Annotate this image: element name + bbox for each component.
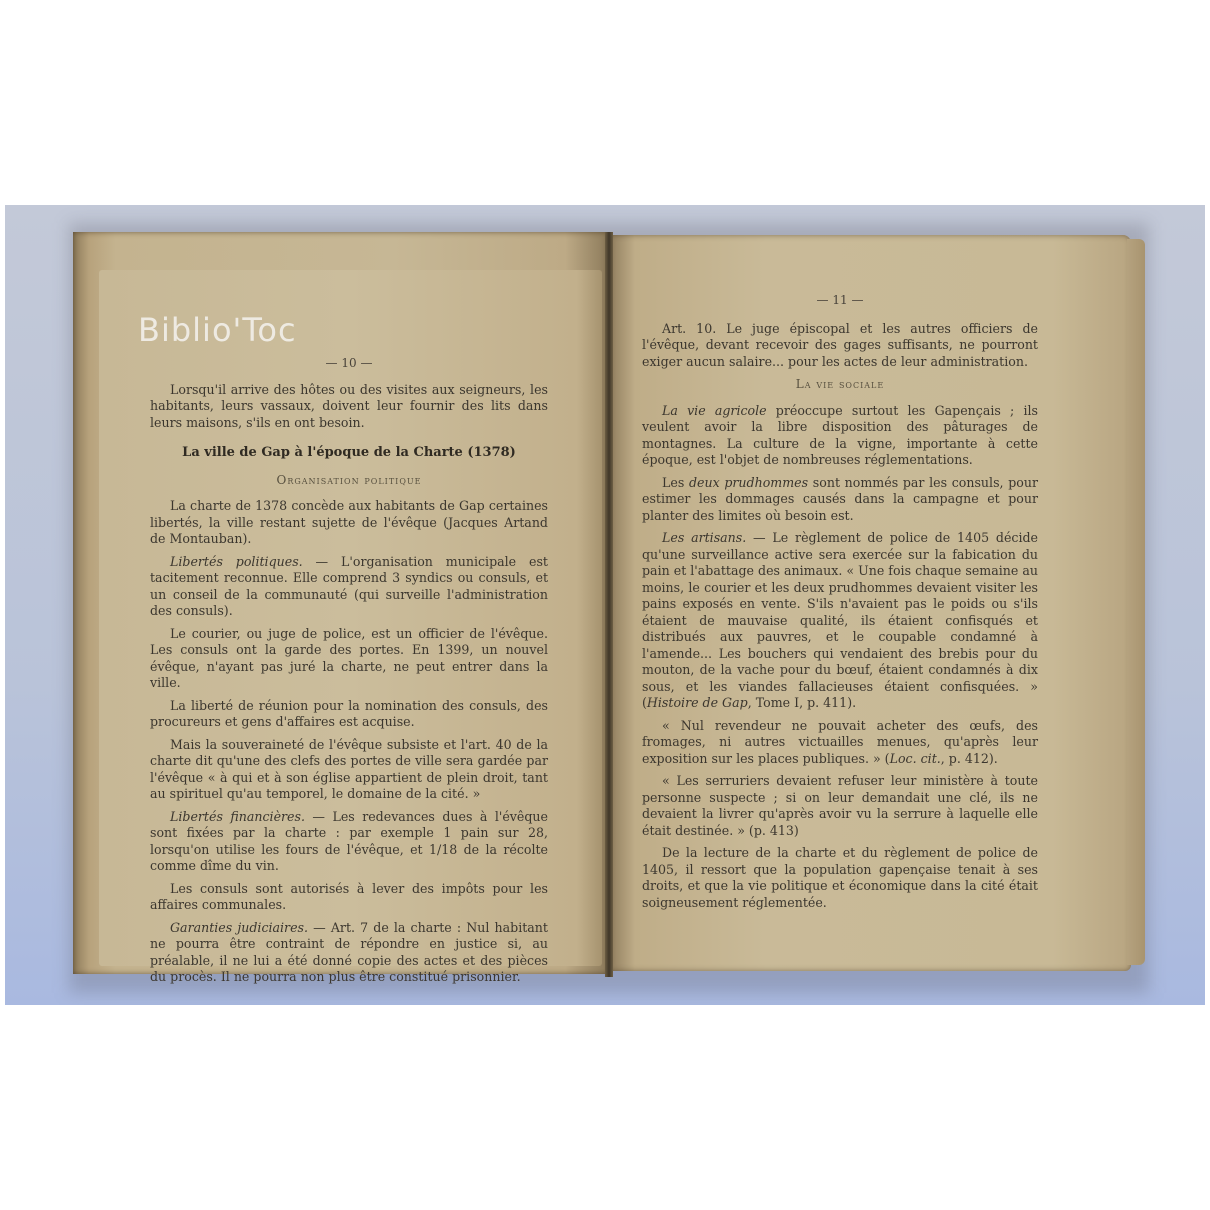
intro-paragraph: Lorsqu'il arrive des hôtes ou des visite… [150, 382, 548, 432]
paragraph: Les deux prudhommes sont nommés par les … [642, 475, 1038, 525]
paragraph: Libertés politiques. — L'organisation mu… [150, 554, 548, 620]
paragraph-label: deux prudhommes [689, 475, 808, 490]
paragraph: De la lecture de la charte et du règleme… [642, 845, 1038, 911]
section-heading: Organisation politique [150, 472, 548, 489]
book-gutter [605, 232, 613, 977]
paragraph-label: Libertés politiques. [170, 554, 303, 569]
right-page-edges [1127, 239, 1145, 965]
paragraph: Libertés financières. — Les redevances d… [150, 809, 548, 875]
paragraph-label: Les artisans. [662, 530, 746, 545]
paragraph: « Nul revendeur ne pouvait acheter des œ… [642, 718, 1038, 768]
paragraph: Garanties judiciaires. — Art. 7 de la ch… [150, 920, 548, 986]
paragraph: Les artisans. — Le règlement de police d… [642, 530, 1038, 712]
right-page-text: — 11 — Art. 10. Le juge épiscopal et les… [642, 292, 1038, 917]
paragraph-label: Libertés financières. [170, 809, 305, 824]
paragraph: Les consuls sont autorisés à lever des i… [150, 881, 548, 914]
paragraph: La vie agricole préoccupe surtout les Ga… [642, 403, 1038, 469]
paragraph: La charte de 1378 concède aux habitants … [150, 498, 548, 548]
paragraph: « Les serruriers devaient refuser leur m… [642, 773, 1038, 839]
page-number-right: — 11 — [642, 292, 1038, 309]
paragraph-label: Garanties judiciaires. [170, 920, 308, 935]
left-page-text: — 10 — Lorsqu'il arrive des hôtes ou des… [150, 355, 548, 992]
section-heading: La vie sociale [642, 376, 1038, 393]
paragraph-label: La vie agricole [662, 403, 767, 418]
citation: Histoire de Gap [647, 695, 748, 710]
chapter-title: La ville de Gap à l'époque de la Charte … [150, 445, 548, 462]
paragraph: Art. 10. Le juge épiscopal et les autres… [642, 321, 1038, 371]
paragraph: La liberté de réunion pour la nomination… [150, 698, 548, 731]
page-number-left: — 10 — [150, 355, 548, 372]
paragraph: Mais la souveraineté de l'évêque subsist… [150, 737, 548, 803]
paragraph: Le courier, ou juge de police, est un of… [150, 626, 548, 692]
watermark-logo: Biblio'Toc [138, 311, 297, 349]
citation: Loc. cit. [890, 751, 941, 766]
